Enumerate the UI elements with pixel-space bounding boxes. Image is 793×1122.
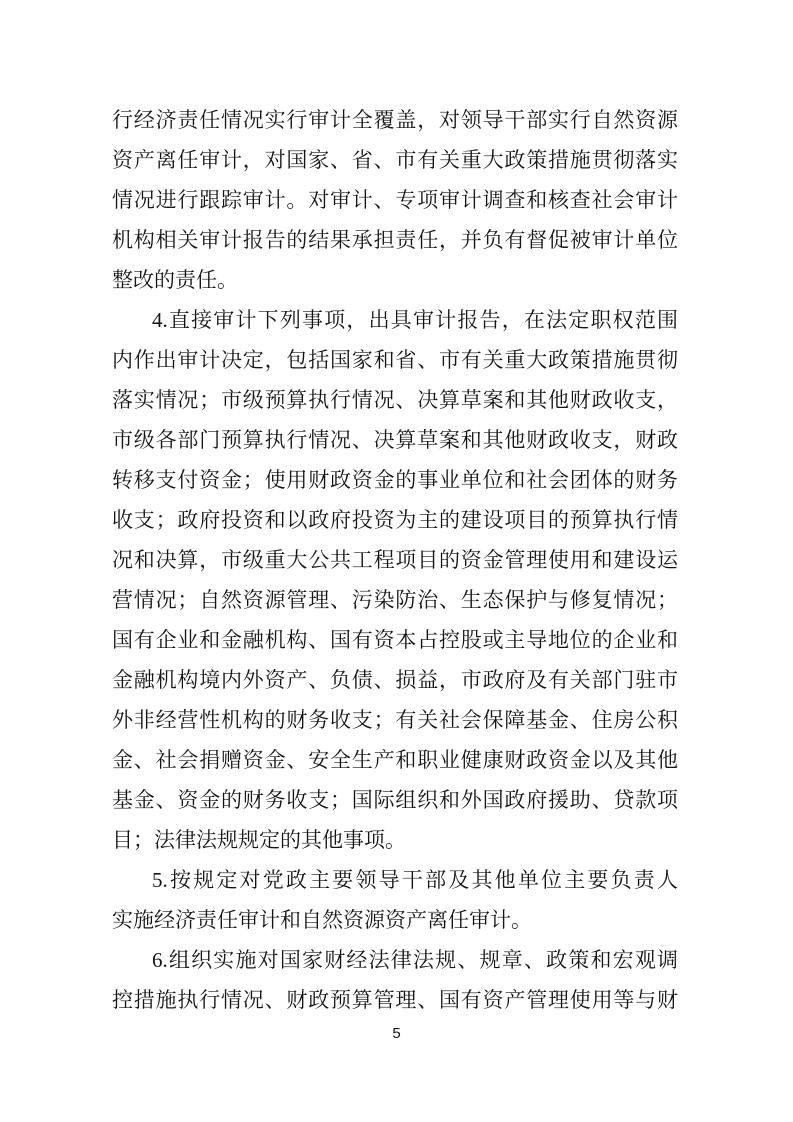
document-page: 行经济责任情况实行审计全覆盖，对领导干部实行自然资源 资产离任审计，对国家、省、… [0, 0, 793, 1122]
paragraph: 6.组织实施对国家财经法律法规、规章、政策和宏观调 控措施执行情况、财政预算管理… [112, 940, 678, 1020]
text-line: 目；法律法规规定的其他事项。 [112, 820, 678, 860]
text-line: 资产离任审计，对国家、省、市有关重大政策措施贯彻落实 [112, 140, 678, 180]
text-line: 营情况；自然资源管理、污染防治、生态保护与修复情况； [112, 580, 678, 620]
text-line: 实施经济责任审计和自然资源资产离任审计。 [112, 900, 678, 940]
text-line: 机构相关审计报告的结果承担责任，并负有督促被审计单位 [112, 220, 678, 260]
text-line: 市级各部门预算执行情况、决算草案和其他财政收支，财政 [112, 420, 678, 460]
text-line: 收支；政府投资和以政府投资为主的建设项目的预算执行情 [112, 500, 678, 540]
text-line: 整改的责任。 [112, 260, 678, 300]
text-line: 6.组织实施对国家财经法律法规、规章、政策和宏观调 [112, 940, 678, 980]
text-line: 金、社会捐赠资金、安全生产和职业健康财政资金以及其他 [112, 740, 678, 780]
text-line: 5.按规定对党政主要领导干部及其他单位主要负责人 [112, 860, 678, 900]
paragraph: 4.直接审计下列事项，出具审计报告，在法定职权范围 内作出审计决定，包括国家和省… [112, 300, 678, 860]
text-line: 4.直接审计下列事项，出具审计报告，在法定职权范围 [112, 300, 678, 340]
text-line: 落实情况；市级预算执行情况、决算草案和其他财政收支， [112, 380, 678, 420]
text-line: 控措施执行情况、财政预算管理、国有资产管理使用等与财 [112, 980, 678, 1020]
text-block: 行经济责任情况实行审计全覆盖，对领导干部实行自然资源 资产离任审计，对国家、省、… [112, 100, 678, 1020]
text-line: 国有企业和金融机构、国有资本占控股或主导地位的企业和 [112, 620, 678, 660]
paragraph: 5.按规定对党政主要领导干部及其他单位主要负责人 实施经济责任审计和自然资源资产… [112, 860, 678, 940]
text-line: 基金、资金的财务收支；国际组织和外国政府援助、贷款项 [112, 780, 678, 820]
text-line: 金融机构境内外资产、负债、损益，市政府及有关部门驻市 [112, 660, 678, 700]
paragraph: 行经济责任情况实行审计全覆盖，对领导干部实行自然资源 资产离任审计，对国家、省、… [112, 100, 678, 300]
page-number: 5 [0, 1024, 793, 1044]
text-line: 内作出审计决定，包括国家和省、市有关重大政策措施贯彻 [112, 340, 678, 380]
text-line: 行经济责任情况实行审计全覆盖，对领导干部实行自然资源 [112, 100, 678, 140]
text-line: 外非经营性机构的财务收支；有关社会保障基金、住房公积 [112, 700, 678, 740]
text-line: 况和决算，市级重大公共工程项目的资金管理使用和建设运 [112, 540, 678, 580]
text-line: 情况进行跟踪审计。对审计、专项审计调查和核查社会审计 [112, 180, 678, 220]
text-line: 转移支付资金；使用财政资金的事业单位和社会团体的财务 [112, 460, 678, 500]
